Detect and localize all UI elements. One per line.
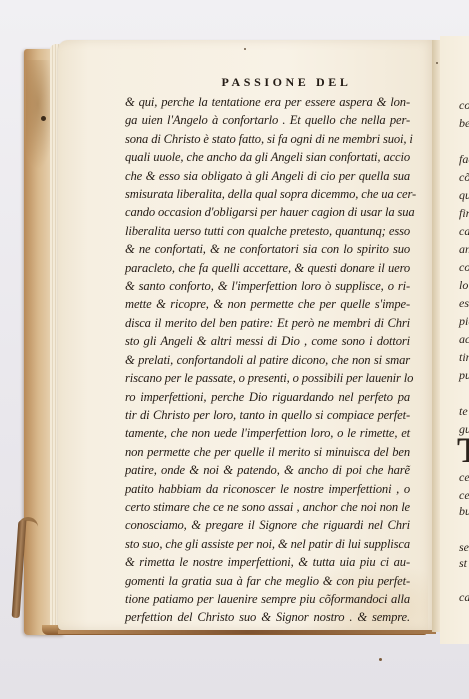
text-line: sona di Christo è stato fatto, si fa ogn… xyxy=(125,130,410,148)
right-page-fragment: tim xyxy=(459,350,469,365)
text-line: sto suo, che gli assiste per noi, & nel … xyxy=(125,535,410,553)
right-page-fragment: te xyxy=(459,404,468,419)
text-line: & prelati, confortandoli al patire dicon… xyxy=(125,351,410,369)
text-line: gomenti la gratia sua à far che meglio &… xyxy=(125,572,410,590)
text-line: riscano per le passate, o presenti, o po… xyxy=(125,369,410,387)
drop-cap: T xyxy=(457,432,469,468)
right-page-fragment: anir xyxy=(459,242,469,257)
right-page-fragment: lo l xyxy=(459,278,469,293)
left-page-text: PASSIONE DEL & qui, perche la tentatione… xyxy=(125,75,410,627)
text-line: paracleto, che fa quelli accettare, & qu… xyxy=(125,259,410,277)
right-page-fragment: cost xyxy=(459,260,469,275)
page-bottom-edge xyxy=(58,630,436,634)
text-line: tir di Christo per loro, tanto in quello… xyxy=(125,406,410,424)
right-page-fragment: face xyxy=(459,152,469,167)
right-page-fragment: cõe xyxy=(459,170,469,185)
text-line: disca il merito del ben patire: Et però … xyxy=(125,314,410,332)
right-page-fragment: ca xyxy=(459,590,469,605)
text-line: ro imperfettioni, perche Dio riguardando… xyxy=(125,388,410,406)
paper-speck xyxy=(244,48,246,50)
text-line: non permette che per quelle il merito si… xyxy=(125,443,410,461)
right-page-fragment: acu xyxy=(459,332,469,347)
right-page-fragment: ces xyxy=(459,488,469,503)
text-line: quali uuole, che ancho da gli Angeli sia… xyxy=(125,148,410,166)
text-line: che & esso sia obligato à gli Angeli di … xyxy=(125,167,410,185)
running-head: PASSIONE DEL xyxy=(125,75,410,90)
right-page-fragment: pu xyxy=(459,368,469,383)
text-line: mette & ricopre, & non permette che per … xyxy=(125,295,410,313)
right-page-fragment: bu xyxy=(459,504,469,519)
text-line: perfettion del Christo suo & Signor nost… xyxy=(125,608,410,626)
text-line: cando occasion d'obligarsi per hauer cag… xyxy=(125,203,410,221)
text-line: tamente, che non uede l'imperfettion lor… xyxy=(125,424,410,442)
text-line: patito habbiam da riconoscer le nostre i… xyxy=(125,480,410,498)
text-line: patire, onde & noi & patendo, & ancho di… xyxy=(125,461,410,479)
text-line: conosciamo, & pregare il Signore che rig… xyxy=(125,516,410,534)
text-line: & santo conforto, & l'imperfettion loro … xyxy=(125,277,410,295)
right-page-fragment: ceu xyxy=(459,470,469,485)
text-line: smisurata liberalita, della qual sopra d… xyxy=(125,185,410,203)
right-page-fragment: pia xyxy=(459,314,469,329)
text-line: liberalita uerso tutti con qualche prete… xyxy=(125,222,410,240)
text-line: ga uien l'Angelo à confortarlo . Et quel… xyxy=(125,111,410,129)
text-line: sto gli Angeli & altri messi di Dio , co… xyxy=(125,332,410,350)
text-line: tione patiamo per lauenire sempre piu cõ… xyxy=(125,590,410,608)
right-page-fragment: cag xyxy=(459,224,469,239)
right-page-fragment: se xyxy=(459,540,469,555)
text-line: & rimetta le nostre imperfettioni, & tut… xyxy=(125,553,410,571)
right-page-fragment: st xyxy=(459,556,467,571)
text-lines: & qui, perche la tentatione era per esse… xyxy=(125,93,410,627)
binding-wormhole xyxy=(41,116,46,121)
book-gutter xyxy=(432,40,440,632)
text-line: & qui, perche la tentatione era per esse… xyxy=(125,93,410,111)
text-line: certo stimare che ce ne sono assai , anc… xyxy=(125,498,410,516)
paper-speck xyxy=(436,62,438,64)
right-page-fragment: firsc xyxy=(459,206,469,221)
right-page-fragment: ben xyxy=(459,116,469,131)
right-page-fragment: esso xyxy=(459,296,469,311)
debris-speck xyxy=(379,658,382,661)
text-line: & ne confortati, & ne confortatori sia c… xyxy=(125,240,410,258)
right-page-fragment: con xyxy=(459,98,469,113)
right-page-fragment: ques xyxy=(459,188,469,203)
